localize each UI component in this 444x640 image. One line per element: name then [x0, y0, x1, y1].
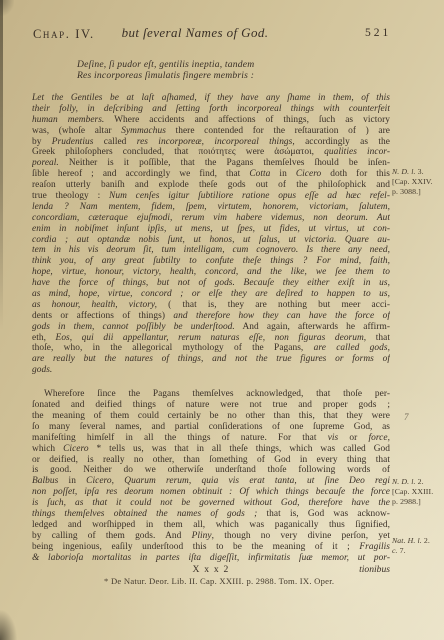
chapter-label: Chap. IV. — [33, 27, 95, 42]
text-line: hope, virtue, honour, victory, health, c… — [32, 267, 390, 278]
margin-note-line: N. D. l. 3. — [392, 167, 444, 177]
text-line: was, (whoſe altar Symmachus there conten… — [32, 126, 390, 137]
text-line: & laborioſa mortalitas in partes iſta di… — [32, 553, 390, 564]
text-line: as mind, hope, virtue, concord ; or elſe… — [32, 289, 390, 300]
margin-note-line: [Cap. XXIV. — [392, 177, 444, 187]
text-line: human members. Where accidents and affec… — [32, 115, 390, 126]
text-line: things themſelves obtained the names of … — [32, 509, 390, 520]
text-line: true theology : Num cenſes igitur ſubtil… — [32, 191, 390, 202]
text-line: cordia ; aut optandæ nobis ſunt, ut hono… — [32, 235, 390, 246]
text-line: Greek philoſophers concluded, that ποιότ… — [32, 147, 390, 158]
margin-note: N. D. l. 2.[Cap. XXIII.p. 2988.] — [392, 477, 444, 506]
signature-mark: X x x 2 — [32, 564, 390, 575]
page-header: Chap. IV. but ſeveral Names of God. 521 — [0, 0, 444, 48]
paragraph: Wherefore ſince the Pagans themſelves ac… — [32, 389, 390, 563]
catchword: tionibus — [359, 564, 390, 575]
running-title: but ſeveral Names of God. — [90, 25, 300, 41]
text-line: Wherefore ſince the Pagans themſelves ac… — [32, 389, 390, 400]
text-line: which Cicero * tells us, was that in all… — [32, 444, 390, 455]
margin-note-line: p. 3088.] — [392, 187, 444, 197]
text-line: ſo many ſeveral names, and partial conſi… — [32, 422, 390, 433]
text-line: eth, Eos, qui dii appellantur, rerum nat… — [32, 333, 390, 344]
text-line: the meaning of them could certainly be n… — [32, 411, 390, 422]
margin-note: Nat. H. l. 2.c. 7. — [392, 536, 444, 556]
margin-note-line: N. D. l. 2. — [392, 477, 444, 487]
epigraph: Deſine, ſi pudor eſt, gentilis ineptia, … — [77, 59, 254, 81]
stray-mark: 7 — [404, 412, 409, 422]
text-line: gods. — [32, 365, 390, 376]
footnote: * De Natur. Deor. Lib. II. Cap. XXIII. p… — [104, 576, 334, 586]
text-line: gods in them, cannot poſſibly be underſt… — [32, 322, 390, 333]
text-line: Balbus in Cicero, Quarum rerum, quia vis… — [32, 476, 390, 487]
margin-note-line: [Cap. XXIII. — [392, 487, 444, 497]
text-line: by Prudentius called res incorporeæ, inc… — [32, 137, 390, 148]
text-line: enim in nobiſmet inſunt ipſis, ut mens, … — [32, 224, 390, 235]
text-line: non poſſet, ipſa res deorum nomen obtinu… — [32, 487, 390, 498]
text-line: by calling of them gods. And Pliny, thou… — [32, 531, 390, 542]
text-line: are really but the natures of things, an… — [32, 354, 390, 365]
body-text: Let the Gentiles be at laſt aſhamed, if … — [32, 93, 390, 563]
text-line: concordiam, cæteraque ejuſmodi, rerum vi… — [32, 213, 390, 224]
text-line: or deified, is really no other, than ſom… — [32, 455, 390, 466]
text-line: dents or affections of things) and there… — [32, 311, 390, 322]
text-line: tem in his vis deorum ſit, tum intelliga… — [32, 245, 390, 256]
epigraph-line: Deſine, ſi pudor eſt, gentilis ineptia, … — [77, 59, 254, 70]
text-line: ſible hereof ; and accordingly we find, … — [32, 169, 390, 180]
margin-note: N. D. l. 3.[Cap. XXIV.p. 3088.] — [392, 167, 444, 196]
text-line: reaſon utterly baniſh and explode theſe … — [32, 180, 390, 191]
page-number: 521 — [365, 27, 391, 39]
text-line: have the force of things, but not of god… — [32, 278, 390, 289]
paragraph: Let the Gentiles be at laſt aſhamed, if … — [32, 93, 390, 376]
book-page: Chap. IV. but ſeveral Names of God. 521 … — [0, 0, 444, 640]
page-edge-shadow-left — [0, 0, 3, 330]
text-line: lenda ? Nam mentem, fidem, ſpem, virtute… — [32, 202, 390, 213]
text-line: ledged and worſhipped in them all, which… — [32, 520, 390, 531]
margin-note-line: c. 7. — [392, 546, 444, 556]
text-line: think you, of any great ſubtilty to conf… — [32, 256, 390, 267]
margin-note-line: p. 2988.] — [392, 497, 444, 507]
text-line: thoſe, who, in the allegorical mythology… — [32, 343, 390, 354]
text-line: ſonated and deified things of nature wer… — [32, 400, 390, 411]
text-line: is ſuch, as that it could not be governe… — [32, 498, 390, 509]
text-line: their folly, in deſcribing and ſetting f… — [32, 104, 390, 115]
text-line: being ingenious, eaſily underſtood this … — [32, 542, 390, 553]
text-line: as honour, health, victory, ( that is, t… — [32, 300, 390, 311]
signature-line: X x x 2 tionibus — [32, 564, 390, 576]
text-line: Let the Gentiles be at laſt aſhamed, if … — [32, 93, 390, 104]
text-line: poreal. Neither is it poſſible, that the… — [32, 158, 390, 169]
page-corner-shadow-bottom-left — [0, 610, 17, 640]
text-line: is good. Neither do we otherwiſe underſt… — [32, 465, 390, 476]
text-line: manifeſting himſelf in all the things of… — [32, 433, 390, 444]
epigraph-line: Res incorporeas ſimulatis fingere membri… — [77, 70, 254, 81]
margin-note-line: Nat. H. l. 2. — [392, 536, 444, 546]
